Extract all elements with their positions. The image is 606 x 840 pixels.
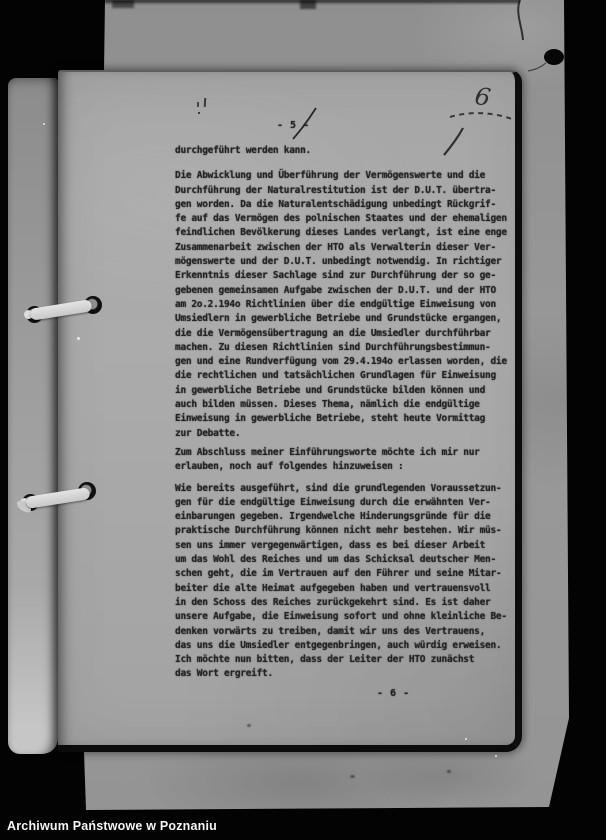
stray-type-mark [204, 98, 206, 107]
paragraph: Die Abwicklung und Überführung der Vermö… [175, 169, 519, 441]
paper-speck [495, 755, 497, 757]
line: Durchführung der Naturalrestitution ist … [175, 184, 519, 198]
line: gebenen gemeinsamen Aufgabe zwischen der… [175, 284, 519, 298]
line: einbarungen gegeben. Irgendwelche Hinder… [175, 510, 519, 524]
line: durchgeführt werden kann. [175, 144, 519, 158]
line: die rechtlichen und tatsächlichen Grundl… [175, 369, 519, 383]
paragraph: Wie bereits ausgeführt, sind die grundle… [175, 482, 519, 682]
typewritten-text: durchgeführt werden kann.Die Abwicklung … [175, 144, 519, 682]
fastener-strap [29, 299, 92, 321]
stray-type-mark [198, 112, 200, 114]
line: Umsiedlern in gewerbliche Betriebe und G… [175, 312, 519, 326]
line: mögenswerte und der D.U.T. unbedingt not… [175, 255, 519, 269]
paper-speck [465, 738, 467, 740]
line: Zusammenarbeit zwischen der HTO als Verw… [175, 241, 519, 255]
line: schen geht, die im Vertrauen auf den Füh… [175, 567, 519, 581]
line: Ich möchte nun bitten, dass der Leiter d… [175, 653, 519, 667]
fastener-strap [25, 487, 90, 509]
binder-fastener-top [24, 294, 108, 336]
line: um das Wohl des Reiches und um das Schic… [175, 553, 519, 567]
binder-fastener-bottom [18, 480, 102, 522]
paper-blemish [350, 775, 355, 778]
left-page-strip [8, 78, 58, 754]
line: die die Vermögensübertragung an die Umsi… [175, 327, 519, 341]
paragraph: durchgeführt werden kann. [175, 144, 519, 158]
line: beiter die alte Heimat aufgegeben haben … [175, 582, 519, 596]
line: das Wort ergreift. [175, 667, 519, 681]
archive-photo: - 5 - durchgeführt werden kann.Die Abwic… [0, 0, 606, 840]
paragraph: Zum Abschluss meiner Einführungsworte mö… [175, 446, 519, 475]
line: Einweisung in gewerbliche Betriebe, steh… [175, 412, 519, 426]
line: unsere Aufgabe, die Einweisung sofort un… [175, 610, 519, 624]
edge-blemish [300, 0, 316, 9]
line: in den Schoss des Reiches zurückgekehrt … [175, 596, 519, 610]
paper-speck [77, 337, 80, 340]
paper-blemish [447, 770, 451, 773]
line: gen für die endgültige Einweisung durch … [175, 496, 519, 510]
edge-blemish [112, 0, 134, 8]
page-number-top: - 5 - [277, 120, 310, 131]
stray-type-mark [197, 102, 199, 107]
line: denken vorwärts zu treiben, damit wir un… [175, 625, 519, 639]
line: zur Debatte. [175, 427, 519, 441]
archive-caption: Archiwum Państwowe w Poznaniu [7, 819, 217, 833]
line: in gewerbliche Betriebe und Grundstücke … [175, 384, 519, 398]
line: gen und eine Rundverfügung vom 29.4.194o… [175, 355, 519, 369]
page-number-bottom: - 6 - [377, 688, 410, 699]
line: Die Abwicklung und Überführung der Vermö… [175, 169, 519, 183]
line: fe auf das Vermögen des polnischen Staat… [175, 212, 519, 226]
line: gen worden. Da die Naturalentschädigung … [175, 198, 519, 212]
line: feindlichen Bevölkerung dieses Landes ve… [175, 226, 519, 240]
document-page: - 5 - durchgeführt werden kann.Die Abwic… [58, 70, 522, 752]
line: Zum Abschluss meiner Einführungsworte mö… [175, 446, 519, 460]
line: am 2o.2.194o Richtlinien über die endgül… [175, 298, 519, 312]
line: das uns die Umsiedler entgegenbringen, a… [175, 639, 519, 653]
line: erlauben, noch auf folgendes hinzuweisen… [175, 460, 519, 474]
line: Wie bereits ausgeführt, sind die grundle… [175, 482, 519, 496]
line: praktische Durchführung können nicht meh… [175, 524, 519, 538]
paper-speck [43, 123, 45, 125]
paper-blemish [247, 724, 251, 727]
line: auch bilden müssen. Dieses Thema, nämlic… [175, 398, 519, 412]
line: Erkenntnis dieser Sachlage sind zur Durc… [175, 269, 519, 283]
line: sen uns immer vergegenwärtigen, dass es … [175, 539, 519, 553]
line: machen. Zu diesen Richtlinien sind Durch… [175, 341, 519, 355]
handwritten-folio-number: 6 [473, 82, 493, 112]
